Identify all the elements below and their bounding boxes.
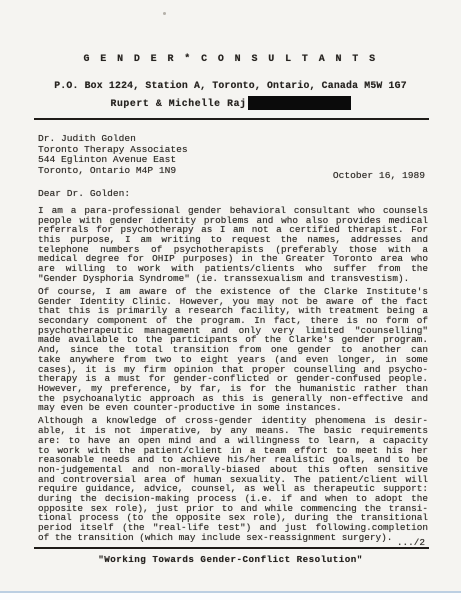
letterhead-divider <box>34 118 429 120</box>
paragraph: Although a knowledge of cross-gender ide… <box>38 416 428 542</box>
text-line: medical degree for OHIP purposes) in the… <box>38 254 428 264</box>
text-line: reasonable needs and to achieve his/her … <box>38 455 428 465</box>
text-line: therapy is a must for gender-conflicted … <box>38 374 428 384</box>
text-line: telephone numbers of psychotherapists (p… <box>38 245 428 255</box>
text-line: However, my preference, by far, is for t… <box>38 384 428 394</box>
text-line: referrals for psychotherapy as I am not … <box>38 225 428 235</box>
footer-motto: "Working Towards Gender-Conflict Resolut… <box>0 554 461 565</box>
text-line: made available to the participants of th… <box>38 335 428 345</box>
letterhead-names-row: Rupert & Michelle Raj <box>0 96 461 110</box>
text-line: opposite sex role), just prior to and wh… <box>38 504 428 514</box>
redaction-box <box>248 96 351 110</box>
letter-body: I am a para-professional gender behavior… <box>38 206 428 546</box>
text-line: Of course, I am aware of the existence o… <box>38 287 428 297</box>
text-line: that this is primarily a research facili… <box>38 306 428 316</box>
letterhead-org-name: G E N D E R * C O N S U L T A N T S <box>0 54 461 65</box>
text-line: may even be even counter-productive in s… <box>38 403 428 413</box>
text-line: non-judgemental and non-morally-biased a… <box>38 465 428 475</box>
text-line: period itself (the "real-life test") and… <box>38 523 428 533</box>
paragraph: Of course, I am aware of the existence o… <box>38 287 428 413</box>
text-line: I am a para-professional gender behavior… <box>38 206 428 216</box>
letterhead-address: P.O. Box 1224, Station A, Toronto, Ontar… <box>0 80 461 91</box>
text-line: the psychoanalytic approach as this is g… <box>38 394 428 404</box>
text-line: take anywhere from two to eight years (a… <box>38 355 428 365</box>
text-line: to work with the patient/client in a tea… <box>38 446 428 456</box>
scan-edge-margin <box>0 593 461 600</box>
text-line: able, it is not imperative, by any means… <box>38 426 428 436</box>
text-line: Although a knowledge of cross-gender ide… <box>38 416 428 426</box>
text-line: this purpose, I am writing to request th… <box>38 235 428 245</box>
text-line: cases), it is my firm opinion that prope… <box>38 365 428 375</box>
letterhead-names: Rupert & Michelle Raj <box>110 98 246 109</box>
text-line: "Gender Dysphoria Syndrome" (ie. transse… <box>38 274 428 284</box>
scan-speck <box>163 12 166 15</box>
text-line: psychotherapeutic management and only ve… <box>38 326 428 336</box>
text-line: during the decision-making process (i.e.… <box>38 494 428 504</box>
footer-divider <box>34 547 429 549</box>
letter-page: G E N D E R * C O N S U L T A N T S P.O.… <box>0 0 461 600</box>
text-line: Gender Identity Clinic. However, you may… <box>38 297 428 307</box>
text-line: secondary component of the program. In f… <box>38 316 428 326</box>
text-line: And, since the total transition from one… <box>38 345 428 355</box>
text-line: of the transition (which may include sex… <box>38 533 428 543</box>
paragraph: I am a para-professional gender behavior… <box>38 206 428 284</box>
text-line: require guidance, advice, counsel, as we… <box>38 484 428 494</box>
salutation: Dear Dr. Golden: <box>38 188 130 199</box>
text-line: are willing to work with patients/client… <box>38 264 428 274</box>
text-line: people with gender identity problems and… <box>38 216 428 226</box>
letter-date: October 16, 1989 <box>0 170 425 181</box>
text-line: and controversial area of human sexualit… <box>38 475 428 485</box>
text-line: tional process (to the opposite sex role… <box>38 513 428 523</box>
text-line: are: to have an open mind and a willingn… <box>38 436 428 446</box>
